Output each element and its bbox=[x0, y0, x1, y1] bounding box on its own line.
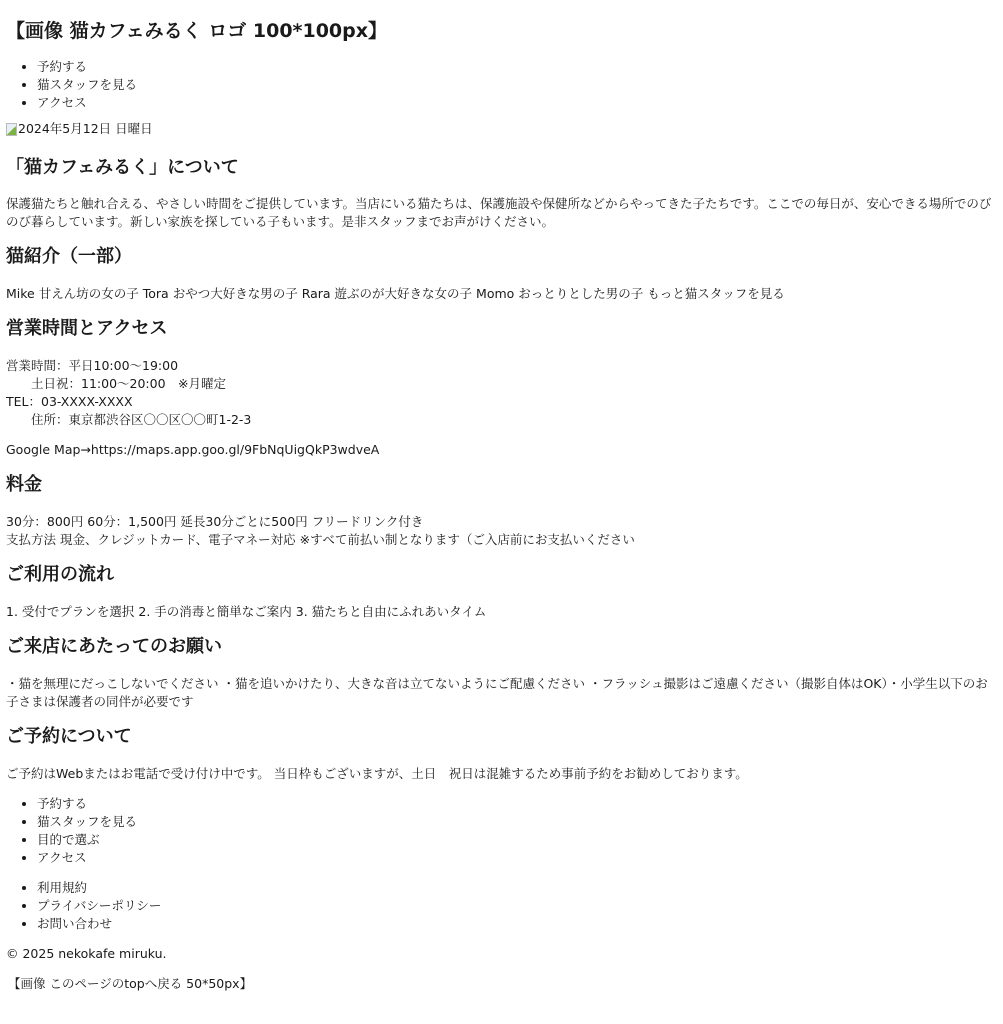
cat-desc: 甘えん坊の女の子 bbox=[39, 286, 139, 301]
cat-name: Mike bbox=[6, 286, 35, 301]
footer-link-terms[interactable]: 利用規約 bbox=[37, 879, 997, 897]
site-header: 【画像 猫カフェみるく ロゴ 100*100px】 予約する 猫スタッフを見る … bbox=[6, 18, 997, 112]
cat-name: Rara bbox=[302, 286, 331, 301]
about-section: 「猫カフェみるく」について 保護猫たちと触れ合える、やさしい時間をご提供していま… bbox=[6, 155, 997, 231]
footer-nav-cats-link[interactable]: 猫スタッフを見る bbox=[37, 814, 137, 829]
hero-image-alt: 2024年5月12日 日曜日 bbox=[18, 120, 153, 138]
reserve-title: ご予約について bbox=[6, 724, 997, 750]
rules-section: ご来店にあたってのお願い ・猫を無理にだっこしないでください ・猫を追いかけたり… bbox=[6, 634, 997, 711]
map-line: Google Map→https://maps.app.goo.gl/9FbNq… bbox=[6, 441, 997, 459]
price-section: 料金 30分：800円 60分：1,500円 延長30分ごとに500円 フリード… bbox=[6, 472, 997, 549]
privacy-link[interactable]: プライバシーポリシー bbox=[37, 898, 161, 913]
footer-nav-access-link[interactable]: アクセス bbox=[37, 850, 87, 865]
about-body: 保護猫たちと触れ合える、やさしい時間をご提供しています。当店にいる猫たちは、保護… bbox=[6, 195, 997, 231]
flow-section: ご利用の流れ 1. 受付でプランを選択 2. 手の消毒と簡単なご案内 3. 猫た… bbox=[6, 562, 997, 621]
back-to-top-link[interactable]: 【画像 このページのtopへ戻る 50*50px】 bbox=[8, 976, 252, 991]
price-title: 料金 bbox=[6, 472, 997, 498]
header-nav-cats-link[interactable]: 猫スタッフを見る bbox=[37, 77, 137, 92]
reserve-section: ご予約について ご予約はWebまたはお電話で受け付け中です。 当日枠もございます… bbox=[6, 724, 997, 783]
terms-link[interactable]: 利用規約 bbox=[37, 880, 87, 895]
header-nav-reserve-link[interactable]: 予約する bbox=[37, 59, 87, 74]
header-nav-cats[interactable]: 猫スタッフを見る bbox=[37, 76, 997, 94]
hero-image: 2024年5月12日 日曜日 bbox=[6, 120, 997, 138]
access-title: 営業時間とアクセス bbox=[6, 316, 997, 342]
copyright: © 2025 nekokafe miruku. bbox=[6, 945, 997, 963]
rules-body: ・猫を無理にだっこしないでください ・猫を追いかけたり、大きな音は立てないように… bbox=[6, 675, 997, 711]
cats-title: 猫紹介（一部） bbox=[6, 244, 997, 270]
header-nav-access-link[interactable]: アクセス bbox=[37, 95, 87, 110]
footer-nav-reserve[interactable]: 予約する bbox=[37, 795, 997, 813]
cat-desc: 遊ぶのが大好きな女の子 bbox=[335, 286, 473, 301]
rules-title: ご来店にあたってのお願い bbox=[6, 634, 997, 660]
contact-link[interactable]: お問い合わせ bbox=[37, 916, 112, 931]
about-title: 「猫カフェみるく」について bbox=[6, 155, 997, 181]
cat-name: Momo bbox=[476, 286, 514, 301]
more-cats-link[interactable]: もっと猫スタッフを見る bbox=[647, 286, 785, 301]
cat-name: Tora bbox=[143, 286, 169, 301]
payment-methods: 支払方法 現金、クレジットカード、電子マネー対応 ※すべて前払い制となります（ご… bbox=[6, 531, 997, 549]
footer-link-privacy[interactable]: プライバシーポリシー bbox=[37, 897, 997, 915]
access-section: 営業時間とアクセス 営業時間：平日10:00〜19:00 土日祝：11:00〜2… bbox=[6, 316, 997, 459]
cat-desc: おやつ大好きな男の子 bbox=[173, 286, 298, 301]
footer-link-contact[interactable]: お問い合わせ bbox=[37, 915, 997, 933]
flow-steps: 1. 受付でプランを選択 2. 手の消毒と簡単なご案内 3. 猫たちと自由にふれ… bbox=[6, 603, 997, 621]
hours-weekend: 土日祝：11:00〜20:00 ※月曜定 bbox=[6, 375, 997, 393]
header-nav-access[interactable]: アクセス bbox=[37, 94, 997, 112]
footer-nav-access[interactable]: アクセス bbox=[37, 849, 997, 867]
phone: TEL：03-XXXX-XXXX bbox=[6, 393, 997, 411]
footer-nav-purpose-link[interactable]: 目的で選ぶ bbox=[37, 832, 100, 847]
logo-link[interactable]: 【画像 猫カフェみるく ロゴ 100*100px】 bbox=[6, 20, 387, 42]
address: 住所：東京都渋谷区〇〇区〇〇町1-2-3 bbox=[6, 411, 997, 429]
footer-nav-reserve-link[interactable]: 予約する bbox=[37, 796, 87, 811]
header-nav: 予約する 猫スタッフを見る アクセス bbox=[6, 58, 997, 112]
flow-title: ご利用の流れ bbox=[6, 562, 997, 588]
logo[interactable]: 【画像 猫カフェみるく ロゴ 100*100px】 bbox=[6, 18, 997, 44]
hours-info: 営業時間：平日10:00〜19:00 土日祝：11:00〜20:00 ※月曜定T… bbox=[6, 357, 997, 429]
cats-section: 猫紹介（一部） Mike 甘えん坊の女の子 Tora おやつ大好きな男の子 Ra… bbox=[6, 244, 997, 303]
broken-image-icon bbox=[6, 123, 17, 136]
map-link[interactable]: https://maps.app.goo.gl/9FbNqUigQkP3wdve… bbox=[91, 442, 379, 457]
footer-nav-purpose[interactable]: 目的で選ぶ bbox=[37, 831, 997, 849]
header-nav-reserve[interactable]: 予約する bbox=[37, 58, 997, 76]
site-footer: 予約する 猫スタッフを見る 目的で選ぶ アクセス 利用規約 プライバシーポリシー… bbox=[6, 795, 997, 993]
cats-list: Mike 甘えん坊の女の子 Tora おやつ大好きな男の子 Rara 遊ぶのが大… bbox=[6, 285, 997, 303]
reserve-body: ご予約はWebまたはお電話で受け付け中です。 当日枠もございますが、土日 祝日は… bbox=[6, 765, 997, 783]
back-to-top-button[interactable]: 【画像 このページのtopへ戻る 50*50px】 bbox=[6, 975, 997, 993]
price-plans: 30分：800円 60分：1,500円 延長30分ごとに500円 フリードリンク… bbox=[6, 513, 997, 531]
cat-desc: おっとりとした男の子 bbox=[518, 286, 643, 301]
map-label: Google Map→ bbox=[6, 442, 91, 457]
footer-nav-cats[interactable]: 猫スタッフを見る bbox=[37, 813, 997, 831]
hours-weekday: 営業時間：平日10:00〜19:00 bbox=[6, 357, 997, 375]
footer-links: 利用規約 プライバシーポリシー お問い合わせ bbox=[6, 879, 997, 933]
footer-nav: 予約する 猫スタッフを見る 目的で選ぶ アクセス bbox=[6, 795, 997, 867]
price-info: 30分：800円 60分：1,500円 延長30分ごとに500円 フリードリンク… bbox=[6, 513, 997, 549]
